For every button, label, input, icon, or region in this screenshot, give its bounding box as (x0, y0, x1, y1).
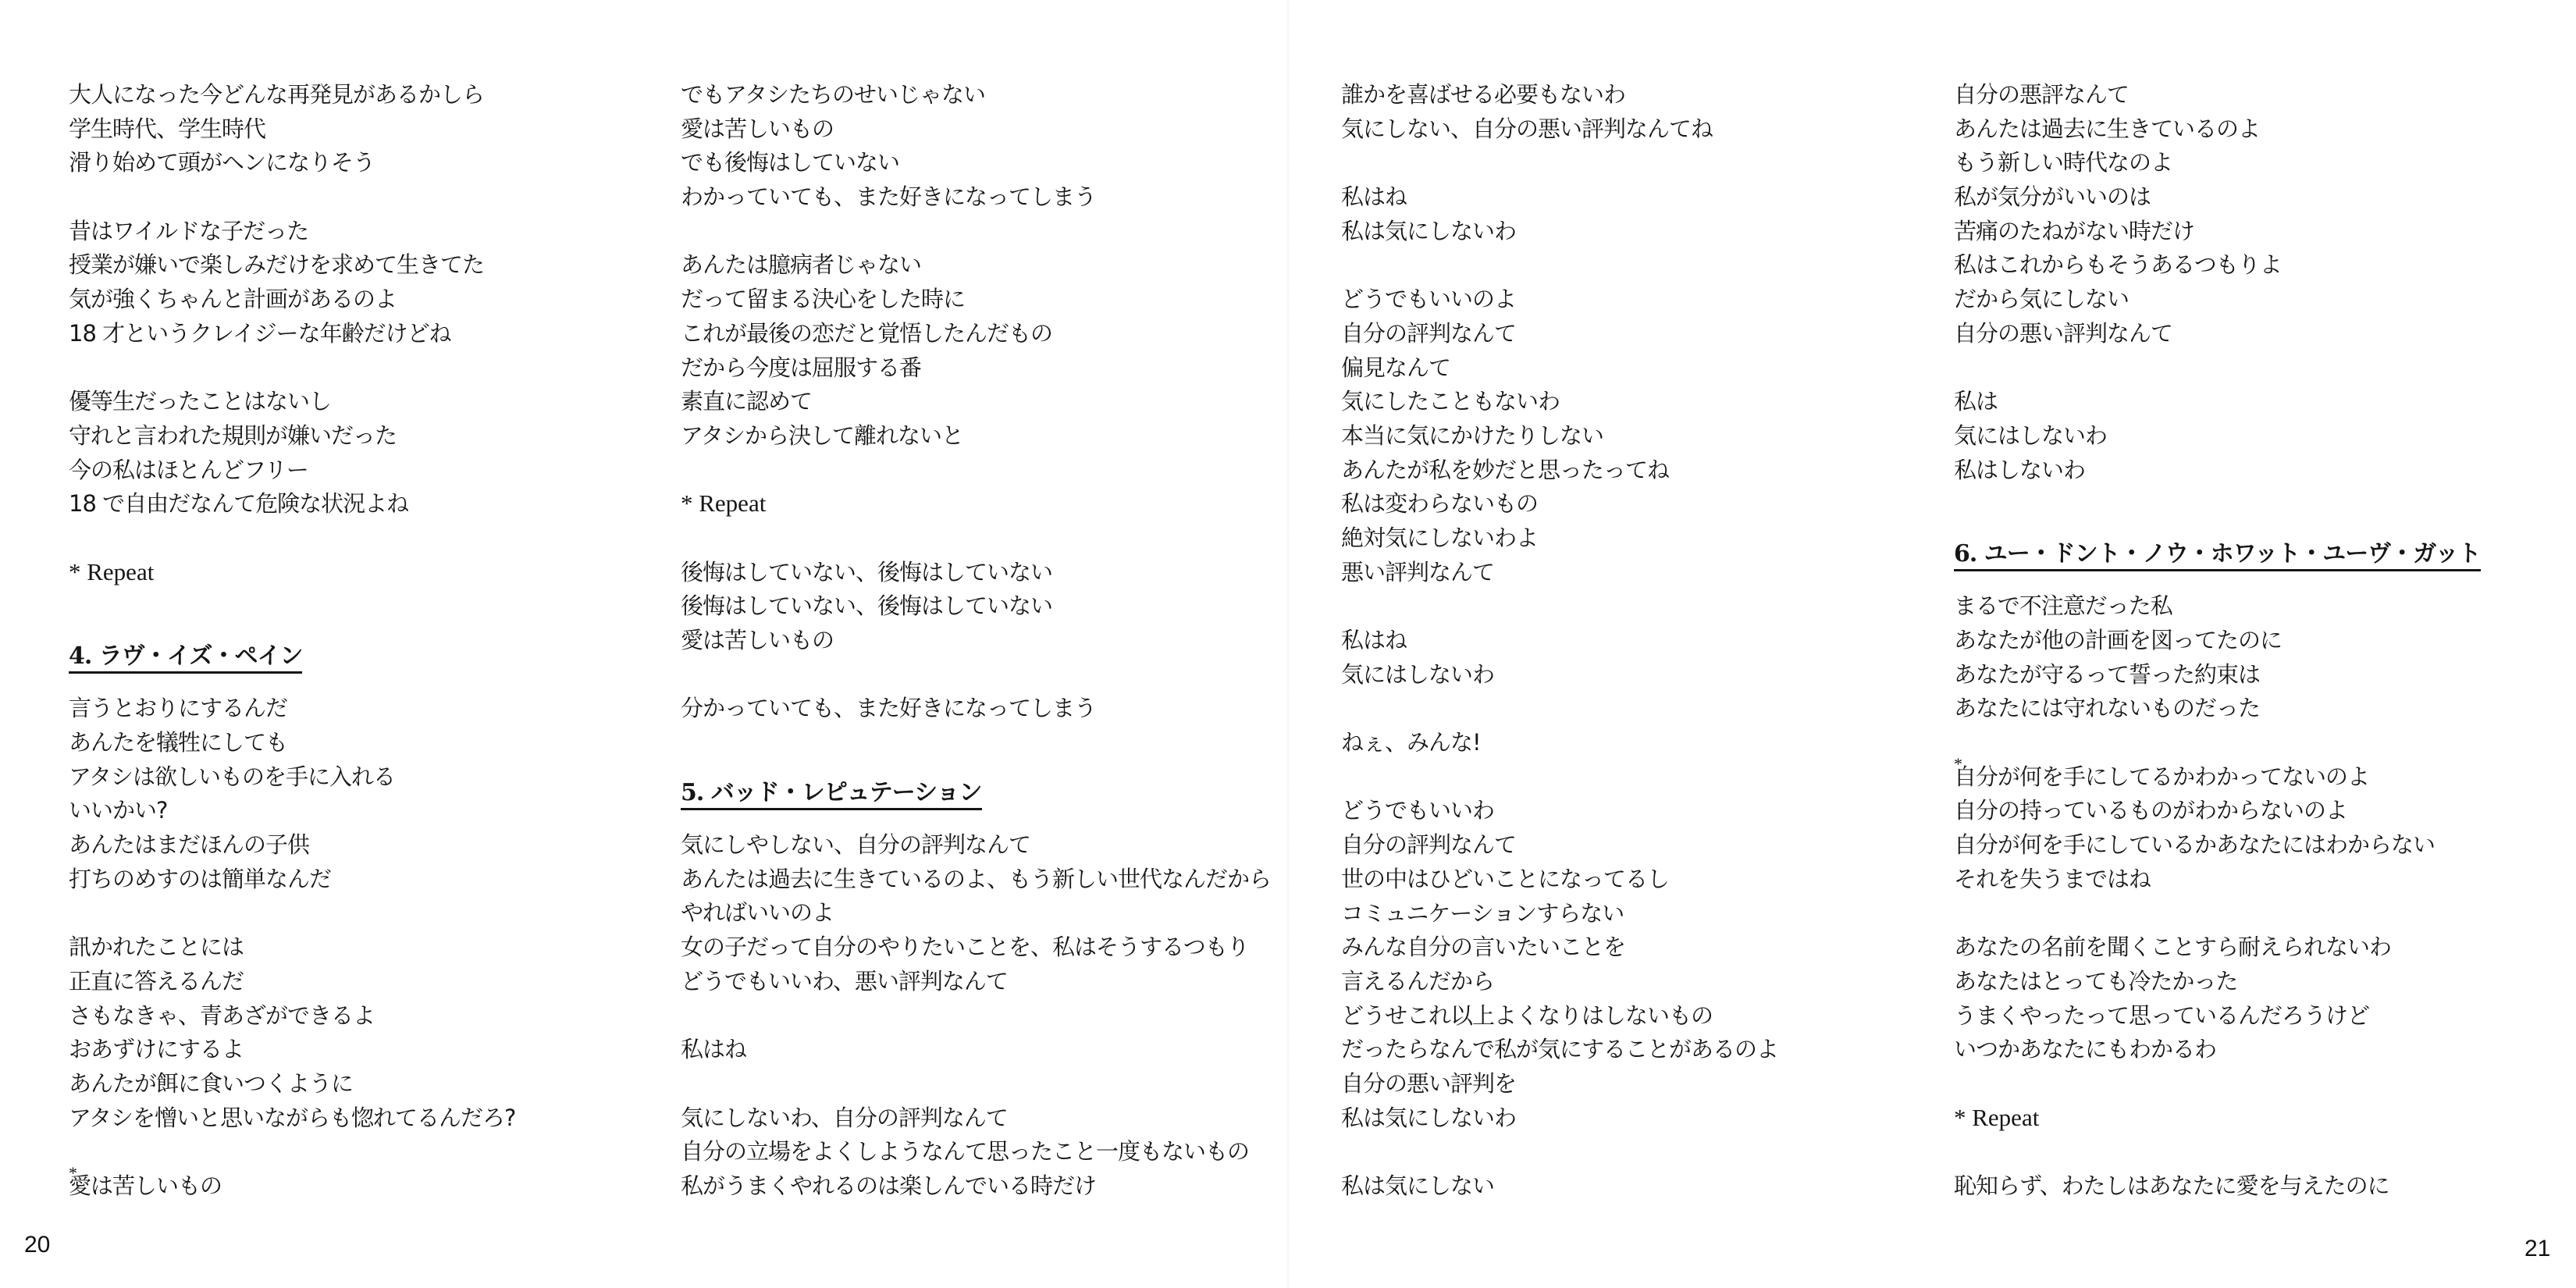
lyric-line: 気が強くちゃんと計画があるのよ (69, 285, 662, 319)
lyric-line: うまくやったって思っているんだろうけど (1954, 1002, 2563, 1036)
lyric-line: あなたが他の計画を図ってたのに (1954, 626, 2563, 660)
lyric-line: 悪い評判なんて (1341, 558, 1934, 592)
lyric-line: 守れと言われた規則が嫌いだった (69, 422, 662, 456)
lyric-line: どうでもいいわ、悪い評判なんて (681, 967, 1290, 1002)
lyric-line: 自分の悪い評判を (1341, 1069, 1934, 1104)
lyric-line: 気にはしないわ (1954, 422, 2563, 456)
lyric-line: でも後悔はしていない (681, 148, 1290, 183)
lyric-line: でもアタシたちのせいじゃない (681, 80, 1290, 115)
song-title-heading: 6. ユー・ドント・ノウ・ホワット・ユーヴ・ガット (1954, 489, 2563, 592)
lyric-line: 言えるんだから (1341, 967, 1934, 1002)
lyric-line: 私が気分がいいのは (1954, 183, 2563, 217)
chorus-asterisk: * (1954, 750, 1962, 778)
lyric-line: 自分の立場をよくしようなんて思ったこと一度もないもの (681, 1137, 1290, 1172)
lyric-line: 自分の評判なんて (1341, 319, 1934, 354)
stanza-break (69, 354, 662, 388)
lyric-line: あんたが私を妙だと思ったってね (1341, 456, 1934, 490)
lyric-line: やればいいのよ (681, 898, 1290, 933)
lyric-line: わかっていても、また好きになってしまう (681, 183, 1290, 217)
lyric-line: それを失うまではね (1954, 865, 2563, 899)
lyric-line: 誰かを喜ばせる必要もないわ (1341, 80, 1934, 115)
lyric-line: 気にしやしない、自分の評判なんて (681, 831, 1290, 865)
lyric-line: 本当に気にかけたりしない (1341, 422, 1934, 456)
lyric-line: だったらなんで私が気にすることがあるのよ (1341, 1035, 1934, 1069)
lyric-line: アタシは欲しいものを手に入れる (69, 763, 662, 797)
lyrics-column-3: 誰かを喜ばせる必要もないわ気にしない、自分の悪い評判なんてね私はね私は気にしない… (1341, 80, 1934, 1206)
stanza-break (69, 898, 662, 933)
lyric-line: 自分の悪評なんて (1954, 80, 2563, 115)
lyric-line: 後悔はしていない、後悔はしていない (681, 592, 1290, 626)
lyric-line: だから気にしない (1954, 285, 2563, 319)
stanza-break (681, 1002, 1290, 1036)
lyric-line: 私は気にしない (1341, 1172, 1934, 1206)
stanza-break (1954, 898, 2563, 933)
chorus-asterisk: * (69, 1159, 76, 1187)
lyric-line: 自分の悪い評判なんて (1954, 319, 2563, 354)
song-title: 5. バッド・レピュテーション (681, 780, 982, 810)
lyric-line: 昔はワイルドな子だった (69, 217, 662, 251)
stanza-break (1341, 251, 1934, 285)
repeat-marker: * Repeat (1954, 1104, 2563, 1138)
lyric-line: ねぇ、みんな! (1341, 728, 1934, 763)
stanza-break (1341, 148, 1934, 183)
stanza-break (1954, 1137, 2563, 1172)
lyric-line: 素直に認めて (681, 387, 1290, 422)
lyric-text: 愛は苦しいもの (69, 1172, 222, 1199)
stanza-break (1954, 354, 2563, 388)
lyric-line: あんたはまだほんの子供 (69, 831, 662, 865)
lyric-line: 自分の評判なんて (1341, 831, 1934, 865)
lyric-line: どうでもいいのよ (1341, 285, 1934, 319)
lyric-line: 私はしないわ (1954, 456, 2563, 490)
stanza-break (681, 524, 1290, 558)
lyric-line: もう新しい時代なのよ (1954, 148, 2563, 183)
lyric-line: 偏見なんて (1341, 354, 1934, 388)
lyric-line: 私は気にしないわ (1341, 217, 1934, 251)
lyric-line: いいかい? (69, 796, 662, 831)
stanza-break (1954, 728, 2563, 763)
lyric-line: だから今度は屈服する番 (681, 354, 1290, 388)
stanza-break (681, 217, 1290, 251)
lyric-line: 大人になった今どんな再発見があるかしら (69, 80, 662, 115)
lyric-line: あなたの名前を聞くことすら耐えられないわ (1954, 933, 2563, 967)
song-title-heading: 4. ラヴ・イズ・ペイン (69, 592, 662, 694)
lyric-line: 学生時代、学生時代 (69, 115, 662, 149)
song-title: 4. ラヴ・イズ・ペイン (69, 643, 302, 674)
stanza-break (681, 660, 1290, 695)
lyric-line: 絶対気にしないわよ (1341, 524, 1934, 558)
lyric-line: 私は変わらないもの (1341, 489, 1934, 524)
lyric-line: あなたには守れないものだった (1954, 694, 2563, 728)
lyric-line: あんたは過去に生きているのよ (1954, 115, 2563, 149)
lyric-line: 18 才というクレイジーな年齢だけどね (69, 319, 662, 354)
song-title-heading: 5. バッド・レピュテーション (681, 728, 1290, 831)
lyric-line: みんな自分の言いたいことを (1341, 933, 1934, 967)
lyric-line: 世の中はひどいことになってるし (1341, 865, 1934, 899)
lyric-line: さもなきゃ、青あざができるよ (69, 1002, 662, 1036)
stanza-break (1341, 1137, 1934, 1172)
lyric-line: 滑り始めて頭がヘンになりそう (69, 148, 662, 183)
lyric-line: どうでもいいわ (1341, 796, 1934, 831)
lyric-line: 私は (1954, 387, 2563, 422)
lyric-line: 分かっていても、また好きになってしまう (681, 694, 1290, 728)
page-number-left: 20 (24, 1232, 50, 1258)
lyric-line: 正直に答えるんだ (69, 967, 662, 1002)
lyric-line: 自分の持っているものがわからないのよ (1954, 796, 2563, 831)
lyric-line: 私はこれからもそうあるつもりよ (1954, 251, 2563, 285)
stanza-break (69, 524, 662, 558)
stanza-break (69, 1137, 662, 1172)
lyric-line: だって留まる決心をした時に (681, 285, 1290, 319)
lyric-line: アタシを憎いと思いながらも惚れてるんだろ? (69, 1104, 662, 1138)
lyric-line: まるで不注意だった私 (1954, 592, 2563, 626)
stanza-break (69, 183, 662, 217)
lyric-line: 私はね (1341, 183, 1934, 217)
lyric-line: 優等生だったことはないし (69, 387, 662, 422)
stanza-break (681, 456, 1290, 490)
lyric-line: あんたが餌に食いつくように (69, 1069, 662, 1104)
lyric-line: 女の子だって自分のやりたいことを、私はそうするつもり (681, 933, 1290, 967)
lyric-line: 私は気にしないわ (1341, 1104, 1934, 1138)
lyric-line: あなたはとっても冷たかった (1954, 967, 2563, 1002)
lyric-line: 苦痛のたねがない時だけ (1954, 217, 2563, 251)
repeat-marker: * Repeat (69, 558, 662, 592)
lyric-line: 今の私はほとんどフリー (69, 456, 662, 490)
lyrics-column-1: 大人になった今どんな再発見があるかしら学生時代、学生時代滑り始めて頭がヘンになり… (69, 80, 662, 1206)
lyric-line: 授業が嫌いで楽しみだけを求めて生きてた (69, 251, 662, 285)
lyric-line: 私がうまくやれるのは楽しんでいる時だけ (681, 1172, 1290, 1206)
lyric-line: 愛は苦しいもの (681, 626, 1290, 660)
lyric-line: 私はね (681, 1035, 1290, 1069)
lyric-line: あんたを犠牲にしても (69, 728, 662, 763)
lyrics-column-4: 自分の悪評なんてあんたは過去に生きているのよもう新しい時代なのよ私が気分がいいの… (1954, 80, 2563, 1206)
song-title: 6. ユー・ドント・ノウ・ホワット・ユーヴ・ガット (1954, 541, 2481, 571)
lyric-line: 恥知らず、わたしはあなたに愛を与えたのに (1954, 1172, 2563, 1206)
stanza-break (1341, 592, 1934, 626)
lyric-line: いつかあなたにもわかるわ (1954, 1035, 2563, 1069)
lyric-line: おあずけにするよ (69, 1035, 662, 1069)
lyric-line: コミュニケーションすらない (1341, 899, 1934, 934)
lyric-line: 18 で自由だなんて危険な状況よね (69, 489, 662, 524)
lyric-line: アタシから決して離れないと (681, 422, 1290, 456)
stanza-break (1954, 1069, 2563, 1104)
lyric-line: 愛は苦しいもの (681, 115, 1290, 149)
stanza-break (1341, 694, 1934, 728)
lyric-line: 気にしたこともないわ (1341, 387, 1934, 422)
stanza-break (1341, 763, 1934, 797)
lyric-line: 言うとおりにするんだ (69, 694, 662, 728)
lyric-line: *自分が何を手にしてるかわかってないのよ (1954, 763, 2563, 797)
lyric-line: 後悔はしていない、後悔はしていない (681, 558, 1290, 592)
lyric-line: 自分が何を手にしているかあなたにはわからない (1954, 831, 2563, 865)
lyric-line: 訊かれたことには (69, 933, 662, 967)
lyric-line: 打ちのめすのは簡単なんだ (69, 865, 662, 899)
lyric-line: 私はね (1341, 626, 1934, 660)
lyric-line: どうせこれ以上よくなりはしないもの (1341, 1002, 1934, 1036)
stanza-break (681, 1069, 1290, 1104)
repeat-marker: * Repeat (681, 489, 1290, 524)
lyric-line: 気にしないわ、自分の評判なんて (681, 1104, 1290, 1138)
lyric-line: これが最後の恋だと覚悟したんだもの (681, 319, 1290, 354)
lyric-text: 自分が何を手にしてるかわかってないのよ (1954, 763, 2369, 790)
lyric-line: あなたが守るって誓った約束は (1954, 660, 2563, 695)
lyric-line: *愛は苦しいもの (69, 1172, 662, 1206)
page-number-right: 21 (2524, 1236, 2550, 1262)
lyric-line: あんたは臆病者じゃない (681, 251, 1290, 285)
lyric-line: 気にしない、自分の悪い評判なんてね (1341, 115, 1934, 149)
lyric-line: 気にはしないわ (1341, 660, 1934, 695)
lyrics-column-2: でもアタシたちのせいじゃない愛は苦しいものでも後悔はしていないわかっていても、ま… (681, 80, 1290, 1206)
lyric-line: あんたは過去に生きているのよ、もう新しい世代なんだから (681, 865, 1290, 899)
